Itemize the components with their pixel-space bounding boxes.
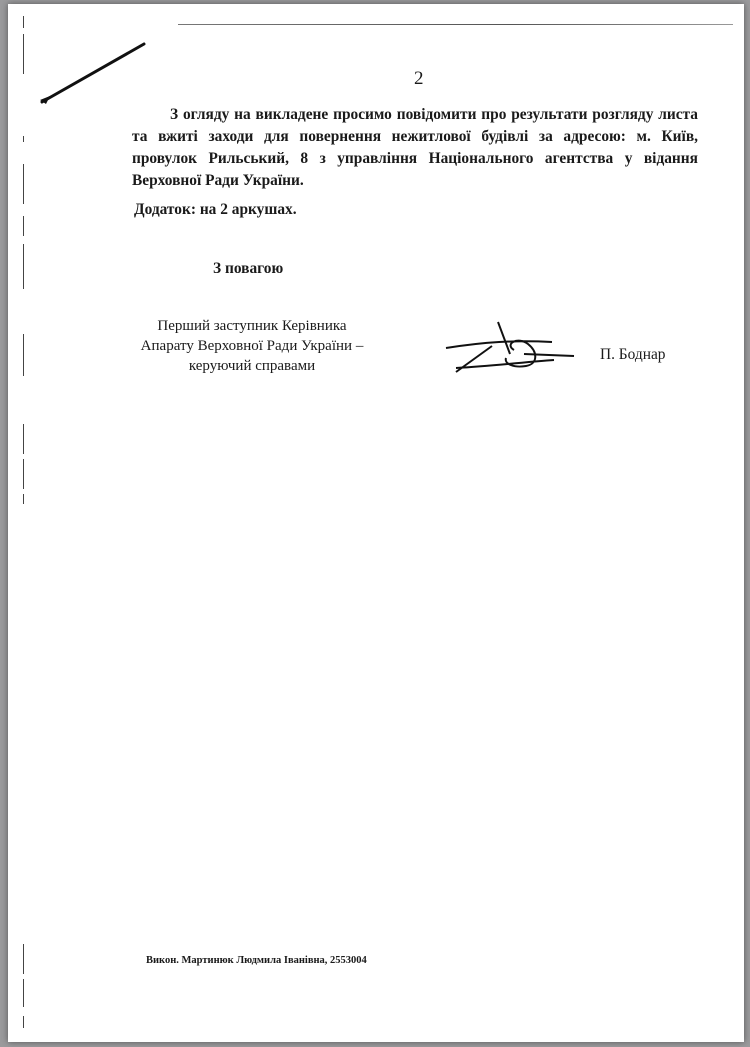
scan-margin-mark — [23, 34, 24, 74]
document-page: 2 З огляду на викладене просимо повідоми… — [8, 4, 744, 1042]
executor-line: Викон. Мартинюк Людмила Іванівна, 255300… — [146, 955, 367, 966]
signatory-name: П. Боднар — [600, 346, 666, 364]
body-paragraph: З огляду на викладене просимо повідомити… — [132, 104, 698, 192]
scan-margin-mark — [23, 334, 24, 376]
position-line: Перший заступник Керівника — [134, 316, 370, 336]
scan-top-edge-line — [178, 24, 733, 25]
closing-phrase: З повагою — [213, 260, 283, 278]
page-number: 2 — [414, 68, 424, 90]
scan-margin-mark — [23, 494, 24, 504]
scan-margin-mark — [23, 244, 24, 289]
body-line: З огляду на викладене просимо повідомити… — [132, 104, 698, 126]
scan-margin-mark — [23, 944, 24, 974]
attachment-note: Додаток: на 2 аркушах. — [134, 201, 297, 219]
scan-margin-mark — [23, 979, 24, 1007]
pen-stroke-mark — [36, 40, 156, 110]
scan-margin-mark — [23, 459, 24, 489]
scan-margin-mark — [23, 164, 24, 204]
position-line: керуючий справами — [134, 356, 370, 376]
position-line: Апарату Верховної Ради України – — [134, 336, 370, 356]
scan-margin-mark — [23, 1016, 24, 1028]
body-line: провулок Рильський, 8 з управління Націо… — [132, 148, 698, 170]
body-line: Верховної Ради України. — [132, 170, 698, 192]
scan-margin-mark — [23, 216, 24, 236]
scan-margin-mark — [23, 424, 24, 454]
scan-margin-mark — [23, 16, 24, 28]
handwritten-signature — [434, 314, 584, 384]
scan-margin-mark — [23, 136, 24, 142]
body-line: та вжиті заходи для повернення нежитлово… — [132, 126, 698, 148]
signatory-position: Перший заступник Керівника Апарату Верхо… — [134, 316, 370, 376]
